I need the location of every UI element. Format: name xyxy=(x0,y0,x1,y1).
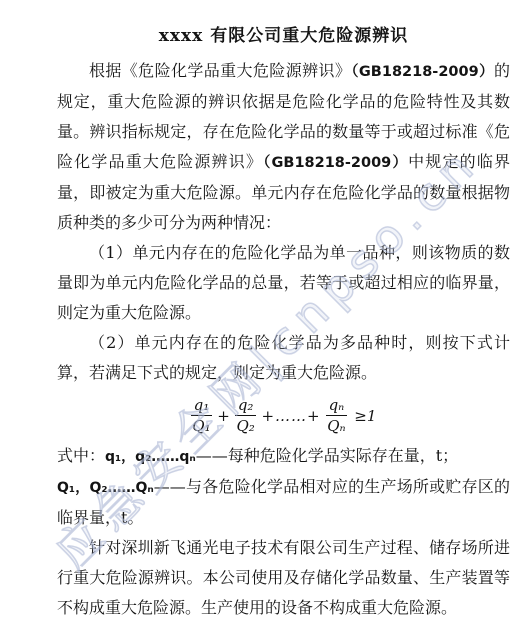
standard-code-1: （GB18218-2009） xyxy=(351,64,494,80)
document-page: xxxx 有限公司重大危险源辨识 根据《危险化学品重大危险源辨识》（GB1821… xyxy=(0,0,519,628)
legend-1-prefix: 式中： xyxy=(57,446,105,465)
legend-1-text: 每种危险化学品实际存在量，t； xyxy=(228,446,458,465)
legend-line-2: Q₁，Q₂……Qₙ——与各危险化学品相对应的生产场所或贮存区的临界量，t。 xyxy=(57,472,510,533)
case-2-paragraph: （2）单元内存在的危险化学品为多品种时，则按下式计算，若满足下式的规定，则定为重… xyxy=(57,328,510,388)
intro-text-1: 根据《危险化学品重大危险源辨识》 xyxy=(89,61,351,80)
fraction-1-numerator: q₁ xyxy=(191,396,213,416)
legend-line-1: 式中：q₁，q₂……qₙ——每种危险化学品实际存在量，t； xyxy=(57,441,510,472)
formula-fraction-1: q₁Q₁ xyxy=(191,396,213,435)
document-content: xxxx 有限公司重大危险源辨识 根据《危险化学品重大危险源辨识》（GB1821… xyxy=(57,24,510,623)
case-1-paragraph: （1）单元内存在的危险化学品为单一品种，则该物质的数量即为单元内危险化学品的总量… xyxy=(57,238,510,328)
formula-relation: ≥1 xyxy=(354,407,376,425)
standard-code-2: （GB18218-2009） xyxy=(263,155,408,171)
fraction-1-denominator: Q₁ xyxy=(192,416,210,435)
page-title: xxxx 有限公司重大危险源辨识 xyxy=(57,24,510,48)
legend-1-dash: —— xyxy=(196,446,228,465)
fraction-2-numerator: q₂ xyxy=(235,396,257,416)
fraction-2-denominator: Q₂ xyxy=(236,416,254,435)
ellipsis-operator: +……+ xyxy=(261,407,320,425)
legend-2-dash: —— xyxy=(154,477,186,496)
legend-1-variables: q₁，q₂……qₙ xyxy=(105,449,196,465)
formula-fraction-2: q₂Q₂ xyxy=(235,396,257,435)
legend-2-variables: Q₁，Q₂……Qₙ xyxy=(57,480,154,496)
formula-fraction-n: qₙQₙ xyxy=(326,396,348,435)
plus-operator-1: + xyxy=(217,407,230,425)
intro-paragraph: 根据《危险化学品重大危险源辨识》（GB18218-2009）的规定，重大危险源的… xyxy=(57,56,510,238)
fraction-n-numerator: qₙ xyxy=(326,396,348,416)
fraction-n-denominator: Qₙ xyxy=(327,416,345,435)
formula: q₁Q₁ + q₂Q₂ +……+ qₙQₙ ≥1 xyxy=(57,396,510,435)
closing-paragraph: 针对深圳新飞通光电子技术有限公司生产过程、储存场所进行重大危险源辨识。本公司使用… xyxy=(57,533,510,623)
